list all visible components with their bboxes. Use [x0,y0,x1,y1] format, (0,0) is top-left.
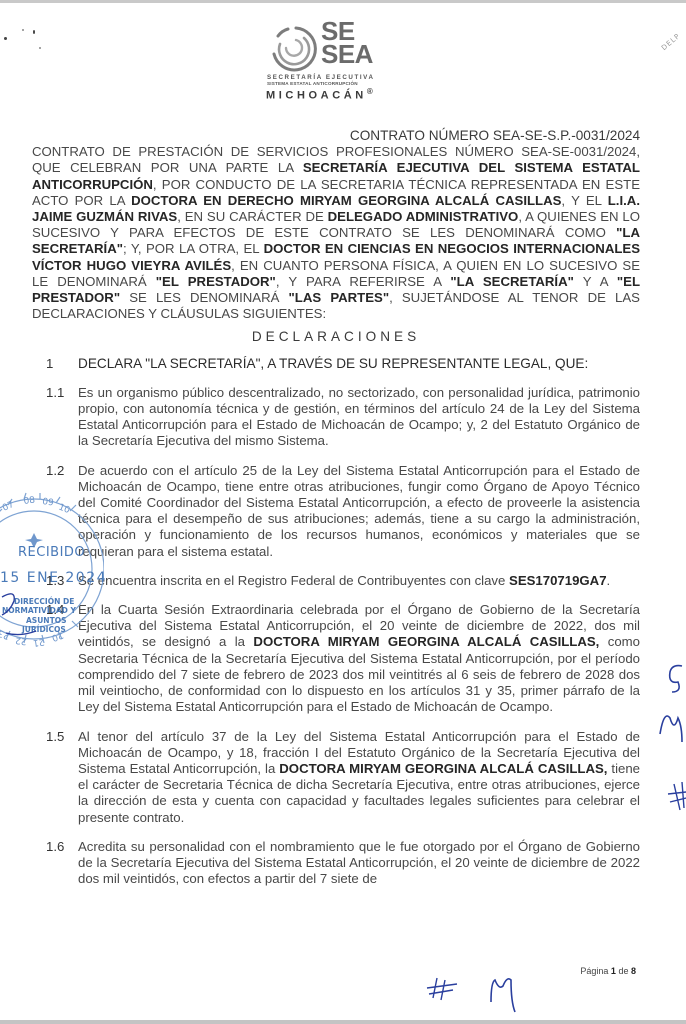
stamp-date: 15 ENE 2024 [0,570,107,586]
logo-state-text: MICHOACÁN [266,90,367,102]
declaration-item: 1.6Acredita su personalidad con el nombr… [32,839,640,888]
logo-subtitle-2: SISTEMA ESTATAL ANTICORRUPCIÓN [267,81,358,86]
declaration-item: 1.4En la Cuarta Sesión Extraordinaria ce… [32,602,640,715]
bold-text-run: DOCTORA EN DERECHO MIRYAM GEORGINA ALCAL… [131,193,561,208]
bold-text-run: DELEGADO ADMINISTRATIVO [328,209,519,224]
text-run: ; Y, POR LA OTRA, EL [123,241,264,256]
contract-intro-paragraph: CONTRATO DE PRESTACIÓN DE SERVICIOS PROF… [32,144,640,322]
contract-number: CONTRATO NÚMERO SEA-SE-S.P.-0031/2024 [32,128,640,144]
declaration-text: Es un organismo público descentralizado,… [78,385,640,450]
page-number: Página 1 de 8 [580,966,636,976]
bold-text-run: "LA SECRETARÍA" [450,274,573,289]
declaration-item: 1.1Es un organismo público descentraliza… [32,385,640,450]
declaration-text: En la Cuarta Sesión Extraordinaria celeb… [78,602,640,715]
text-run: SE LES DENOMINARÁ [120,290,288,305]
document-body: CONTRATO NÚMERO SEA-SE-S.P.-0031/2024 CO… [32,128,640,887]
text-run: , Y PARA REFERIRSE A [276,274,451,289]
bold-text-run: DOCTORA MIRYAM GEORGINA ALCALÁ CASILLAS, [279,761,607,776]
text-run: Se encuentra inscrita en el Registro Fed… [78,573,509,588]
text-run: , Y EL [561,193,607,208]
sesea-ring-icon [266,24,320,72]
stamp-dept-line1: DIRECCIÓN DE [14,597,74,606]
declaration-item: 1DECLARA "LA SECRETARÍA", A TRAVÉS DE SU… [32,356,640,372]
page-label: Página [580,966,608,976]
bold-text-run: SES170719GA7 [509,573,607,588]
scan-speck [39,47,41,49]
text-run: , EN SU CARÁCTER DE [177,209,327,224]
section-title-declaraciones: DECLARACIONES [32,329,640,345]
document-page: DELP SE SEA SECRETARÍA EJECUTIVA SISTEMA… [0,0,686,1024]
sesea-logo: SE SEA SECRETARÍA EJECUTIVA SISTEMA ESTA… [266,24,426,90]
declaration-number: 1.1 [32,385,78,450]
scan-speck [4,37,7,40]
logo-state: MICHOACÁN® [266,87,373,102]
stamp-ring-number: 22 [15,634,28,645]
declaration-number: 1.6 [32,839,78,888]
logo-sea-text: SEA [321,43,373,66]
declaration-text: Acredita su personalidad con el nombrami… [78,839,640,888]
footer-initials [425,972,545,1022]
declarations-list: 1DECLARA "LA SECRETARÍA", A TRAVÉS DE SU… [32,356,640,888]
declaration-text: DECLARA "LA SECRETARÍA", A TRAVÉS DE SU … [78,356,640,372]
stamp-dept-line2: NORMATIVIDAD Y [2,606,76,615]
text-run: DECLARA "LA SECRETARÍA", A TRAVÉS DE SU … [78,356,588,371]
stamp-dept-line3: ASUNTOS [26,616,66,625]
registered-mark: ® [367,87,373,96]
margin-initials [652,662,686,822]
stamp-dept-line4: JURÍDICOS [22,625,66,634]
declaration-number: 1.5 [32,729,78,826]
scan-bottom-edge [0,1020,686,1024]
text-run: Es un organismo público descentralizado,… [78,385,640,449]
text-run: Y A [574,274,617,289]
logo-subtitle-1: SECRETARÍA EJECUTIVA [267,74,375,81]
declaration-text: De acuerdo con el artículo 25 de la Ley … [78,463,640,560]
declaration-number: 1 [32,356,78,372]
of-label: de [618,966,628,976]
text-run: . [607,573,611,588]
total-pages: 8 [631,966,636,976]
declaration-item: 1.5Al tenor del artículo 37 de la Ley de… [32,729,640,826]
margin-note: DELP [660,32,682,52]
text-run: De acuerdo con el artículo 25 de la Ley … [78,463,640,559]
scan-speck [33,30,35,34]
text-run: Acredita su personalidad con el nombrami… [78,839,640,886]
declaration-item: 1.3Se encuentra inscrita en el Registro … [32,573,640,589]
stamp-label: RECIBIDO [18,545,85,560]
bold-text-run: DOCTORA MIRYAM GEORGINA ALCALÁ CASILLAS, [253,634,599,649]
logo-wordmark: SE SEA [321,20,373,66]
stamp-ring-number: 07 [1,500,16,514]
scan-speck [22,29,24,31]
declaration-item: 1.2De acuerdo con el artículo 25 de la L… [32,463,640,560]
bold-text-run: "LAS PARTES" [289,290,390,305]
bold-text-run: "EL PRESTADOR" [156,274,276,289]
declaration-text: Se encuentra inscrita en el Registro Fed… [78,573,640,589]
current-page: 1 [611,966,616,976]
declaration-text: Al tenor del artículo 37 de la Ley del S… [78,729,640,826]
stamp-ring-number: 23 [0,627,11,640]
